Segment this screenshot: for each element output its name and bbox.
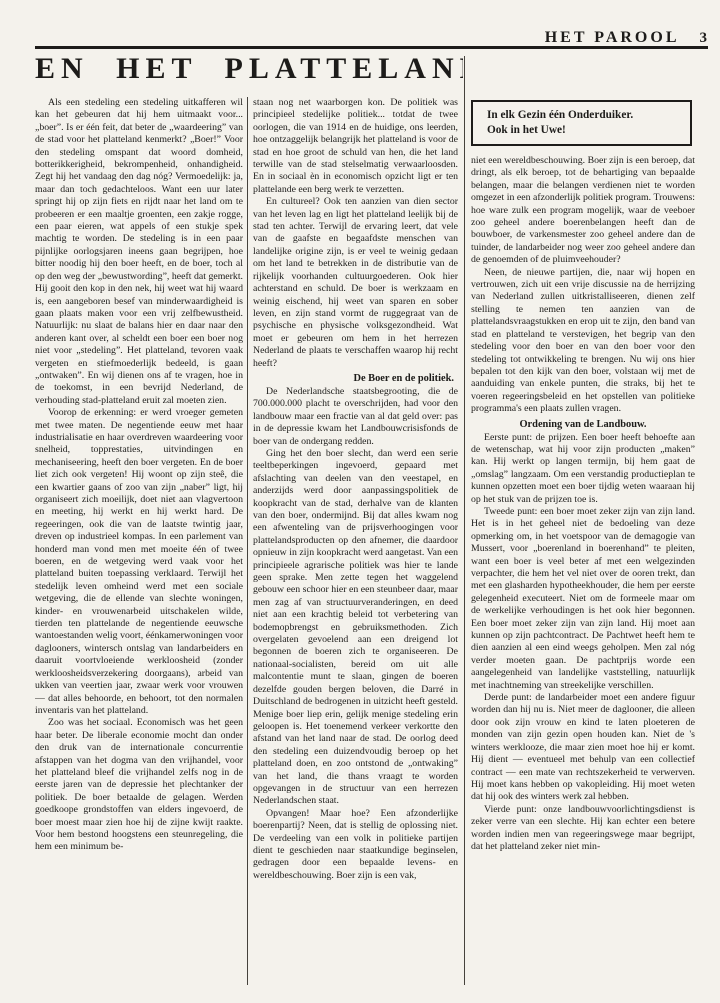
article-paragraph: Opvangen! Maar hoe? Een afzonderlijke bo… (253, 808, 458, 882)
article-paragraph: Zoo was het sociaal. Economisch was het … (35, 717, 243, 853)
notice-line-1: In elk Gezin één Onderduiker. (487, 108, 680, 123)
article-paragraph: En cultureel? Ook ten aanzien van dien s… (253, 196, 458, 370)
newspaper-page: HET PAROOL 3 EN HET PLATTELAND? Als een … (0, 0, 720, 1003)
section-subhead-boer-en-politiek: De Boer en de politiek. (253, 372, 458, 385)
column-divider-1 (247, 97, 248, 985)
article-paragraph: Als een stedeling een stedeling uitkaffe… (35, 97, 243, 407)
article-paragraph: Ging het den boer slecht, dan werd een s… (253, 448, 458, 808)
notice-line-2: Ook in het Uwe! (487, 123, 680, 138)
column-divider-2 (464, 56, 465, 985)
article-paragraph: Derde punt: de landarbeider moet een and… (471, 692, 695, 804)
page-header: HET PAROOL 3 (545, 29, 707, 47)
header-rule (35, 46, 708, 49)
masthead-title: HET PAROOL (545, 29, 680, 47)
article-paragraph: Neen, de nieuwe partijen, die, naar wij … (471, 267, 695, 416)
article-column-3: In elk Gezin één Onderduiker. Ook in het… (471, 100, 695, 990)
article-paragraph: De Nederlandsche staatsbegrooting, die d… (253, 386, 458, 448)
article-paragraph: staan nog net waarborgen kon. De politie… (253, 97, 458, 196)
onderduiker-notice-box: In elk Gezin één Onderduiker. Ook in het… (471, 100, 692, 146)
article-column-2: staan nog net waarborgen kon. De politie… (253, 97, 458, 988)
article-paragraph: Eerste punt: de prijzen. Een boer heeft … (471, 432, 695, 506)
article-paragraph: Vierde punt: onze landbouwvoorlichtingsd… (471, 804, 695, 854)
article-paragraph: Voorop de erkenning: er werd vroeger gem… (35, 407, 243, 717)
article-column-1: Als een stedeling een stedeling uitkaffe… (35, 97, 243, 988)
section-subhead-ordening-landbouw: Ordening van de Landbouw. (471, 418, 695, 431)
page-number: 3 (700, 30, 708, 47)
article-paragraph: niet een wereldbeschouwing. Boer zijn is… (471, 155, 695, 267)
article-paragraph: Tweede punt: een boer moet zeker zijn va… (471, 506, 695, 692)
article-headline: EN HET PLATTELAND? (35, 52, 463, 86)
